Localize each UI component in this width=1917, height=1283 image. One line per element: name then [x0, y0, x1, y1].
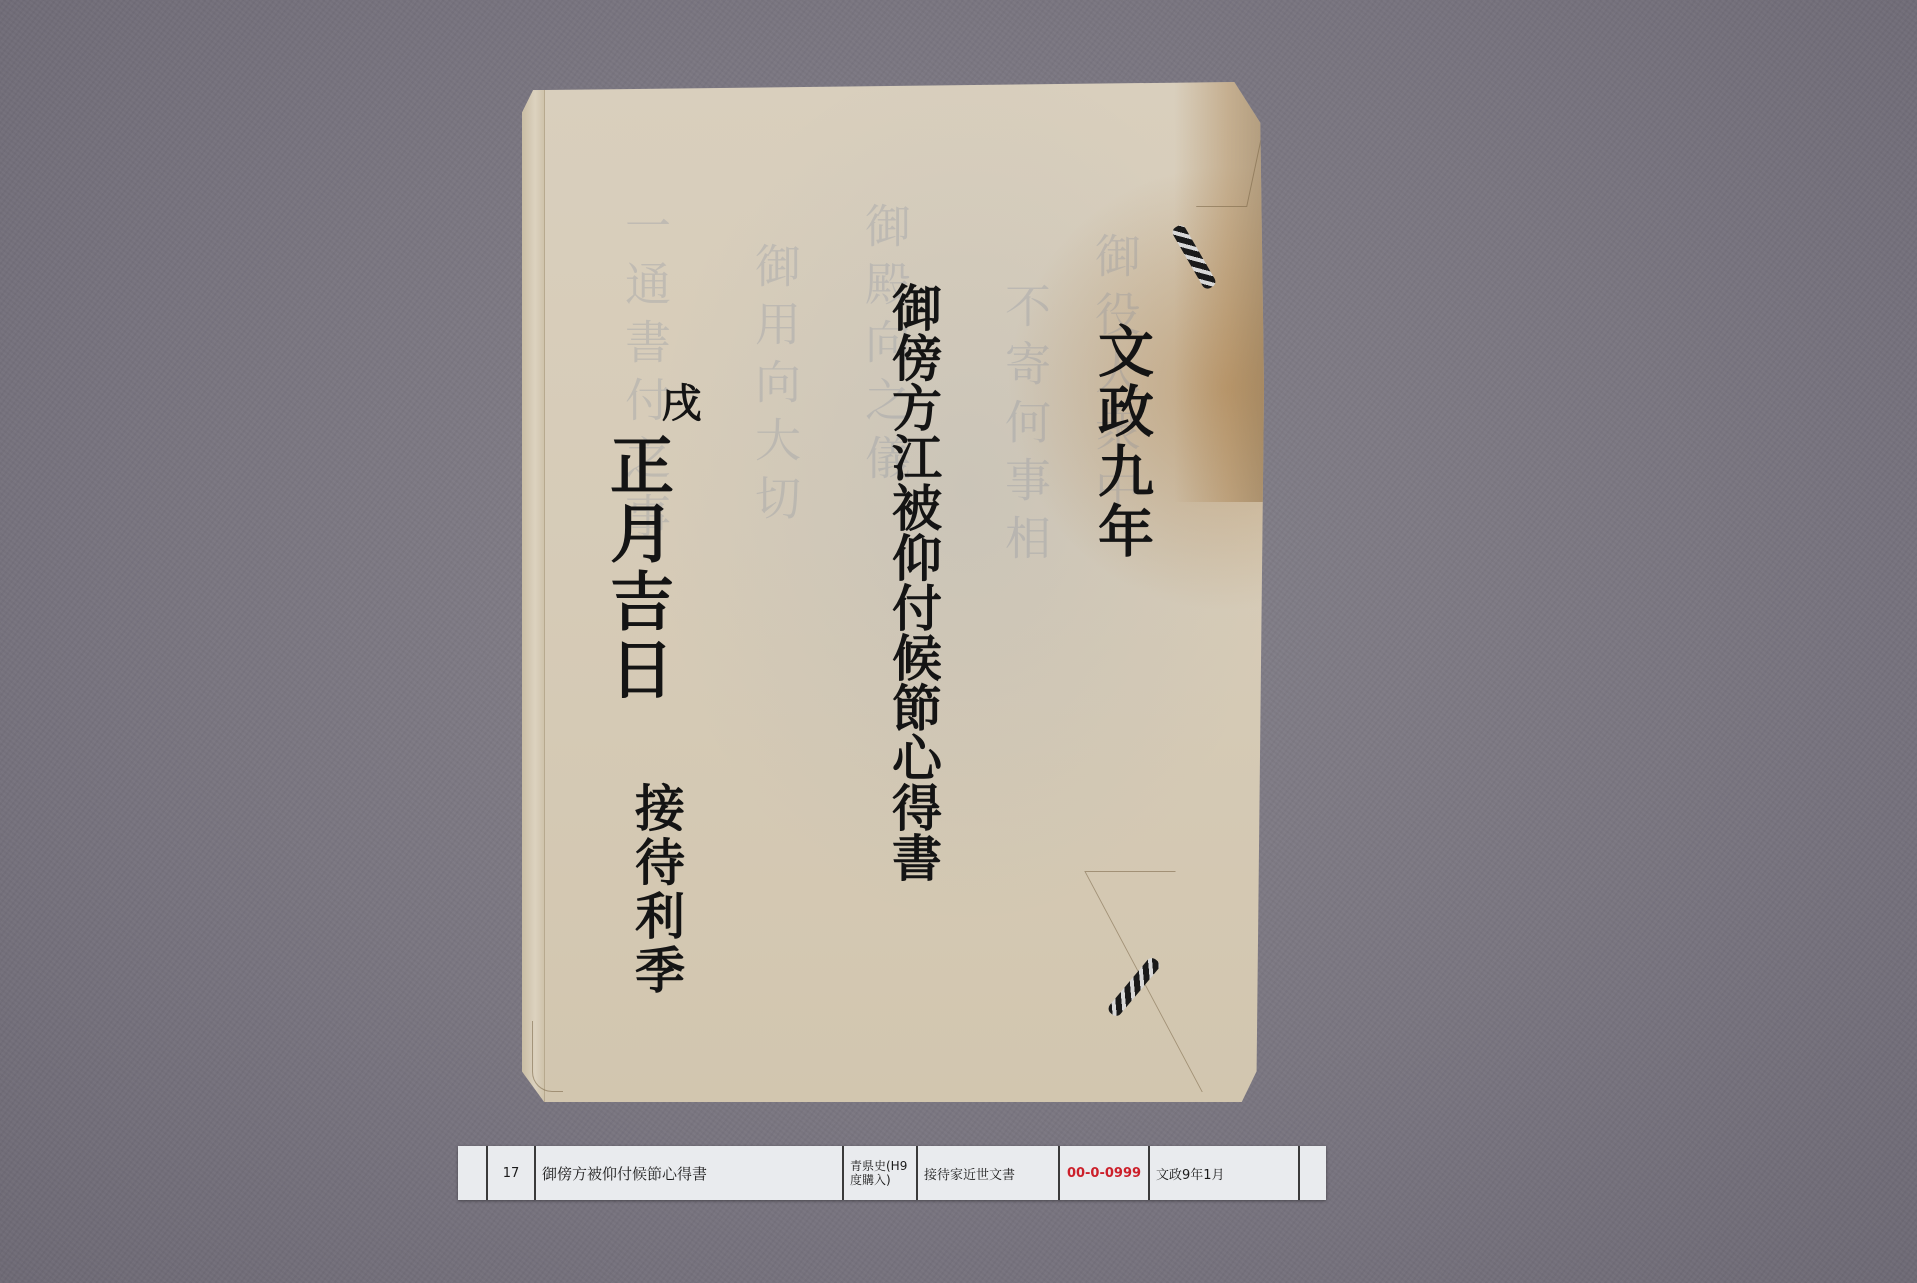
page-edge	[522, 82, 545, 1102]
label-date: 文政9年1月	[1150, 1146, 1300, 1200]
document-cover: 一通書付之事 御用向大切 御殿向之儀 不寄何事相 御役人衆中 文政九年 御傍方江…	[522, 82, 1264, 1102]
era-year-text: 文政九年	[1082, 322, 1162, 562]
label-end-cell	[1300, 1146, 1326, 1200]
label-number: 17	[488, 1146, 536, 1200]
label-title: 御傍方被仰付候節心得書	[536, 1146, 844, 1200]
corner-fold-bottom-left	[532, 1021, 563, 1092]
document-title-text: 御傍方江被仰付候節心得書	[877, 282, 949, 882]
bleed-through-text: 不寄何事相	[992, 282, 1058, 572]
label-acquisition: 青県史(H9度購入)	[844, 1146, 918, 1200]
label-collection: 接待家近世文書	[918, 1146, 1060, 1200]
label-blank-cell	[458, 1146, 488, 1200]
bleed-through-text: 御用向大切	[742, 242, 808, 532]
zodiac-year-text: 戌	[650, 382, 707, 426]
label-catalog-id: 00-0-0999	[1060, 1146, 1150, 1200]
date-text: 正月吉日	[590, 432, 682, 704]
author-text: 接待利季	[620, 782, 692, 998]
catalog-label: 17 御傍方被仰付候節心得書 青県史(H9度購入) 接待家近世文書 00-0-0…	[458, 1146, 1326, 1200]
